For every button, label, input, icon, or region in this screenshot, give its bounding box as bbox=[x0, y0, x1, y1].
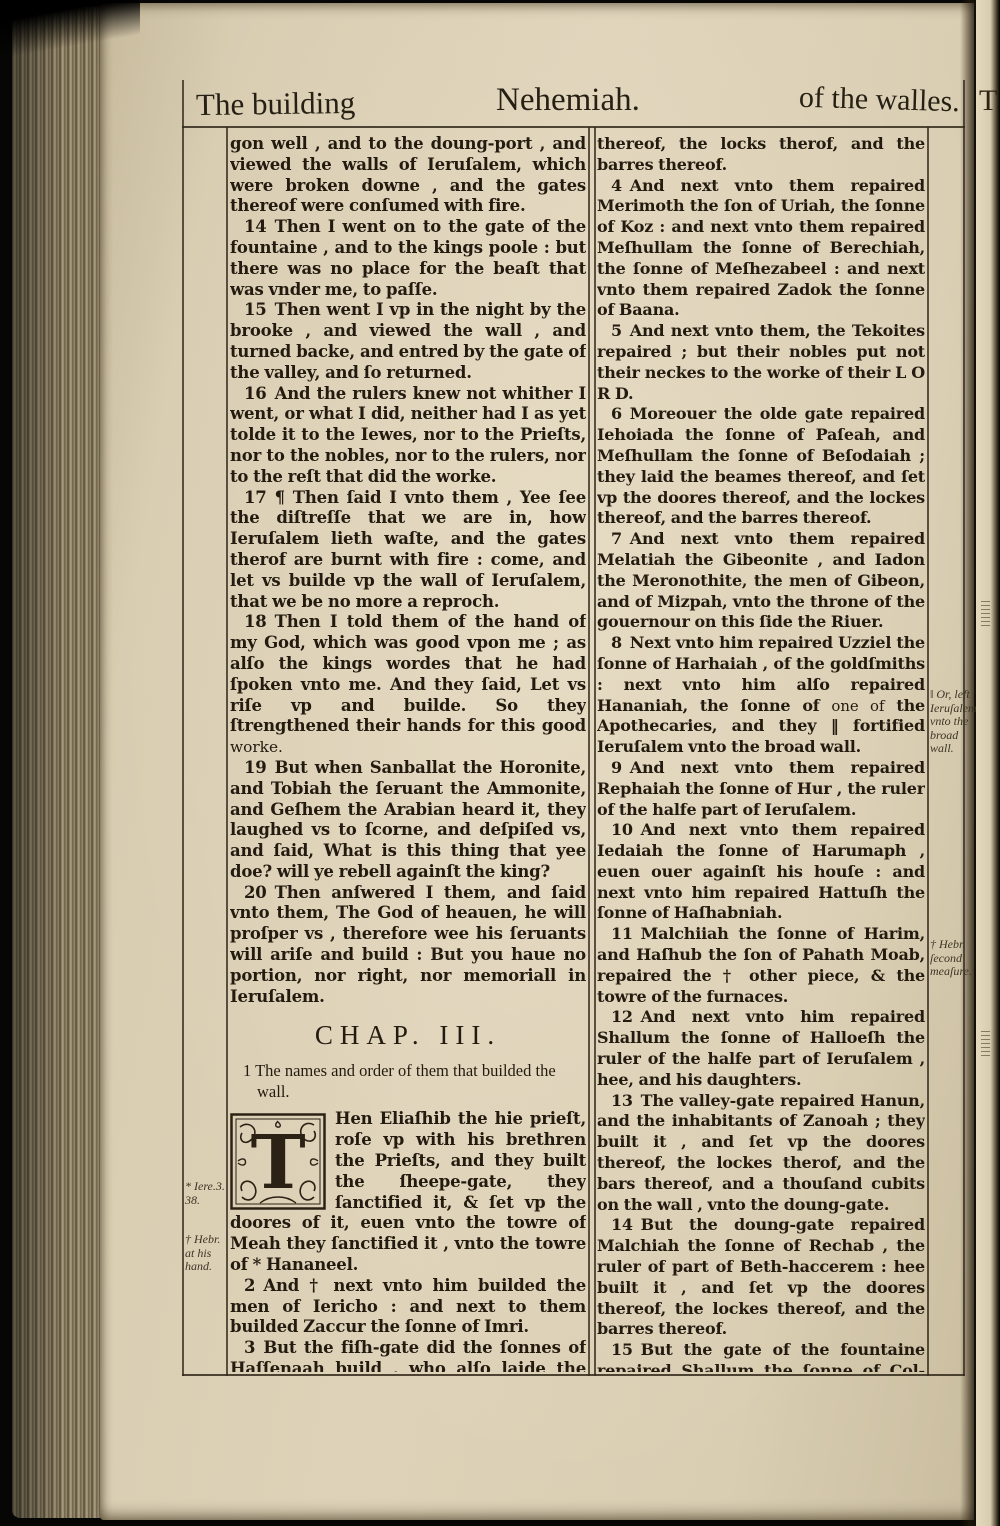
verse-number: 12 bbox=[611, 1007, 641, 1026]
verse-text: Then I told them of the hand of my God, … bbox=[230, 612, 586, 735]
footer-rule bbox=[182, 1374, 965, 1376]
roman-type-text: one of bbox=[831, 697, 884, 715]
verse-text: But when Sanballat the Horonite, and Tob… bbox=[230, 758, 586, 881]
verse-18: 18 Then I told them of the hand of my Go… bbox=[230, 612, 586, 758]
verse-14: 14 Then I went on to the gate of the fou… bbox=[230, 217, 586, 300]
verse-12: 12 And next vnto him repaired Shallum th… bbox=[597, 1007, 925, 1090]
verse-text: But the gate of the fountaine repaired S… bbox=[597, 1340, 925, 1372]
column-rule bbox=[182, 80, 184, 1376]
next-page-text-fragment bbox=[981, 1030, 990, 1056]
verse-text: Moreouer the olde gate repaired Iehoiada… bbox=[597, 404, 925, 527]
column-rule bbox=[594, 127, 596, 1376]
verse-number: 5 bbox=[611, 321, 630, 340]
scanned-bible-page: { "header": { "left": "The building", "c… bbox=[0, 0, 1000, 1526]
verse-text: gon well , and to the doung-port , and v… bbox=[230, 134, 586, 215]
initial-ornament bbox=[311, 1159, 319, 1165]
verse-text: Malchiiah the ſonne of Harim, and Haſhub… bbox=[597, 924, 925, 1005]
column-rule bbox=[588, 127, 590, 1376]
verse-number: 6 bbox=[611, 404, 630, 423]
verse-number: 4 bbox=[611, 176, 630, 195]
verse-number: 20 bbox=[244, 883, 275, 902]
verse-text: And the rulers knew not whither I went, … bbox=[230, 384, 586, 486]
verse-text: And next vnto them, the Tekoites repaire… bbox=[597, 321, 925, 402]
verse-4: 4 And next vnto them repaired Merimoth t… bbox=[597, 176, 925, 322]
verse-text: Then went I vp in the night by the brook… bbox=[230, 300, 586, 381]
margin-note-cross-reference: * Iere.3. 38. bbox=[185, 1180, 225, 1207]
verse-text: And next vnto them repaired Iedaiah the … bbox=[597, 820, 925, 922]
chapter-argument: 1 The names and order of them that build… bbox=[230, 1060, 586, 1102]
verse-text: Then I went on to the gate of the founta… bbox=[230, 217, 586, 298]
initial-letter: T bbox=[251, 1120, 306, 1206]
verse-number: 15 bbox=[244, 300, 275, 319]
verse-15: 15 Then went I vp in the night by the br… bbox=[230, 300, 586, 383]
verse-9: 9 And next vnto them repaired Rephaiah t… bbox=[597, 758, 925, 820]
margin-note-hebrew: † Hebr. ſecond meaſure. bbox=[930, 938, 974, 979]
verse-number: 11 bbox=[611, 924, 641, 943]
verse-number: 15 bbox=[611, 1340, 641, 1359]
verse-10: 10 And next vnto them repaired Iedaiah t… bbox=[597, 820, 925, 924]
running-head-book-title: Nehemiah. bbox=[496, 82, 640, 119]
verse-number: 16 bbox=[244, 384, 275, 403]
verse-19: 19 But when Sanballat the Horonite, and … bbox=[230, 758, 586, 883]
left-text-column: gon well , and to the doung-port , and v… bbox=[230, 134, 586, 1372]
verse-number: 8 bbox=[611, 633, 630, 652]
running-head-left: The building bbox=[196, 85, 356, 123]
verse-number: 13 bbox=[611, 1091, 641, 1110]
roman-type-text: worke. bbox=[230, 738, 283, 756]
verse-13: 13 The valley-gate repaired Hanun, and t… bbox=[597, 1091, 925, 1216]
verse-text: The valley-gate repaired Hanun, and the … bbox=[597, 1091, 925, 1214]
verse-17: 17 ¶ Then ſaid I vnto them , Yee ſee the… bbox=[230, 488, 586, 613]
margin-note-hebrew: † Hebr. at his hand. bbox=[185, 1233, 225, 1274]
verse-number: 19 bbox=[244, 758, 275, 777]
verse-15: 15 But the gate of the fountaine repaire… bbox=[597, 1340, 925, 1372]
verse-7: 7 And next vnto them repaired Melatiah t… bbox=[597, 529, 925, 633]
running-head-right: of the walles. bbox=[799, 81, 961, 119]
verse-text: ¶ Then ſaid I vnto them , Yee ſee the di… bbox=[230, 488, 586, 611]
drop-cap: T bbox=[230, 1113, 326, 1210]
verse-number: 7 bbox=[611, 529, 630, 548]
verse-number: 9 bbox=[611, 758, 630, 777]
next-page-header-fragment: T bbox=[979, 84, 997, 118]
verse-11: 11 Malchiiah the ſonne of Harim, and Haſ… bbox=[597, 924, 925, 1007]
verse-text: And next vnto him repaired Shallum the ſ… bbox=[597, 1007, 925, 1088]
verse-16: 16 And the rulers knew not whither I wen… bbox=[230, 384, 586, 488]
verse-6: 6 Moreouer the olde gate repaired Iehoia… bbox=[597, 404, 925, 529]
verse-number: 10 bbox=[611, 820, 641, 839]
column-rule bbox=[226, 127, 228, 1376]
verse-text: And next vnto them repaired Merimoth the… bbox=[597, 176, 925, 320]
header-rule bbox=[182, 126, 965, 128]
corner-shadow bbox=[0, 0, 140, 60]
verse-text: And next vnto them repaired Melatiah the… bbox=[597, 529, 925, 631]
verse-number: 3 bbox=[244, 1338, 263, 1357]
chapter-heading: CHAP. III. bbox=[230, 1020, 586, 1051]
verse-3: 3 But the fiſh-gate did the ſonnes of Ha… bbox=[230, 1338, 586, 1372]
verse-text: And next vnto them repaired Rephaiah the… bbox=[597, 758, 925, 819]
verse-number: 18 bbox=[244, 612, 275, 631]
verse-text: Then anſwered I them, and ſaid vnto them… bbox=[230, 883, 586, 1006]
verse-text: But the doung-gate repaired Malchiah the… bbox=[597, 1215, 925, 1338]
verse-8: 8 Next vnto him repaired Uzziel the ſonn… bbox=[597, 633, 925, 758]
right-text-column: thereof, the locks therof, and the barre… bbox=[597, 134, 925, 1372]
verse-text: And † next vnto him builded the men of I… bbox=[230, 1276, 586, 1337]
verse-text: But the fiſh-gate did the ſonnes of Haſſ… bbox=[230, 1338, 586, 1372]
verse-14: 14 But the doung-gate repaired Malchiah … bbox=[597, 1215, 925, 1340]
margin-note-alternate-reading: ‖ Or, left Ieruſalem vnto the broad wall… bbox=[930, 688, 974, 756]
verse-text: thereof, the locks therof, and the barre… bbox=[597, 134, 925, 174]
verse-2: 2 And † next vnto him builded the men of… bbox=[230, 1276, 586, 1338]
decorated-initial-border: T bbox=[230, 1113, 326, 1210]
verse-number: 2 bbox=[244, 1276, 263, 1295]
column-rule bbox=[927, 127, 929, 1376]
initial-ornament bbox=[238, 1159, 246, 1165]
verse-continuation: thereof, the locks therof, and the barre… bbox=[597, 134, 925, 176]
verse-1: THen Eliaſhib the hie prieſt, roſe vp wi… bbox=[230, 1109, 586, 1275]
verse-number: 14 bbox=[244, 217, 275, 236]
verse-continuation: gon well , and to the doung-port , and v… bbox=[230, 134, 586, 217]
verse-20: 20 Then anſwered I them, and ſaid vnto t… bbox=[230, 883, 586, 1008]
verse-number: 14 bbox=[611, 1215, 641, 1234]
verse-5: 5 And next vnto them, the Tekoites repai… bbox=[597, 321, 925, 404]
next-page-sliver: T bbox=[976, 0, 1000, 1526]
next-page-text-fragment bbox=[981, 600, 990, 626]
book-page-edges bbox=[12, 6, 107, 1518]
verse-number: 17 bbox=[244, 488, 275, 507]
